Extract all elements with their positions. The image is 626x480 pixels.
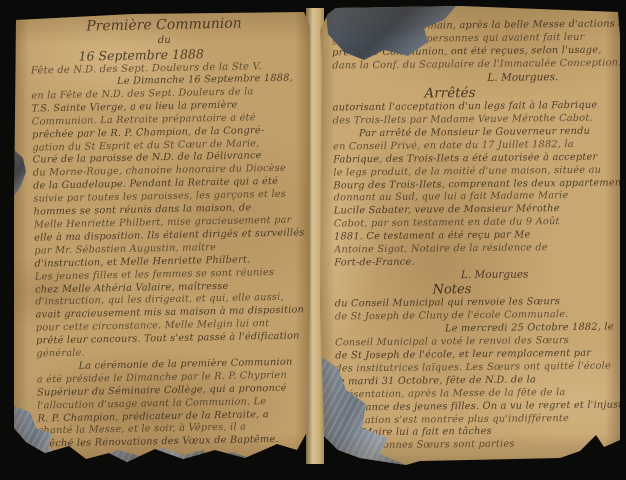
torn-paper-damage (210, 450, 296, 464)
torn-paper-damage (14, 150, 26, 196)
left-page-text: Première Communion du 16 Septembre 1888 … (30, 14, 306, 451)
right-page-text: Lendemain, après la belle Messe d'action… (332, 19, 619, 454)
manuscript-page-left: Première Communion du 16 Septembre 1888 … (14, 12, 310, 464)
left-paragraph-2: La cérémonie de la première Communiona é… (36, 356, 306, 451)
arretes-body: Par arrêté de Monsieur le Gouverneur ren… (333, 125, 616, 270)
section-heading-arretes: Arrêtés (424, 84, 614, 102)
notes-intro: du Conseil Municipal qui renvoie les Sœu… (335, 296, 617, 325)
manuscript-page-right: Lendemain, après la belle Messe d'action… (320, 6, 620, 466)
arretes-intro: autorisant l'acceptation d'un legs fait … (333, 100, 615, 129)
left-paragraph-1: Le Dimanche 16 Septembre 1888,en la Fête… (31, 72, 304, 361)
scanned-register-document: Première Communion du 16 Septembre 1888 … (0, 0, 626, 480)
